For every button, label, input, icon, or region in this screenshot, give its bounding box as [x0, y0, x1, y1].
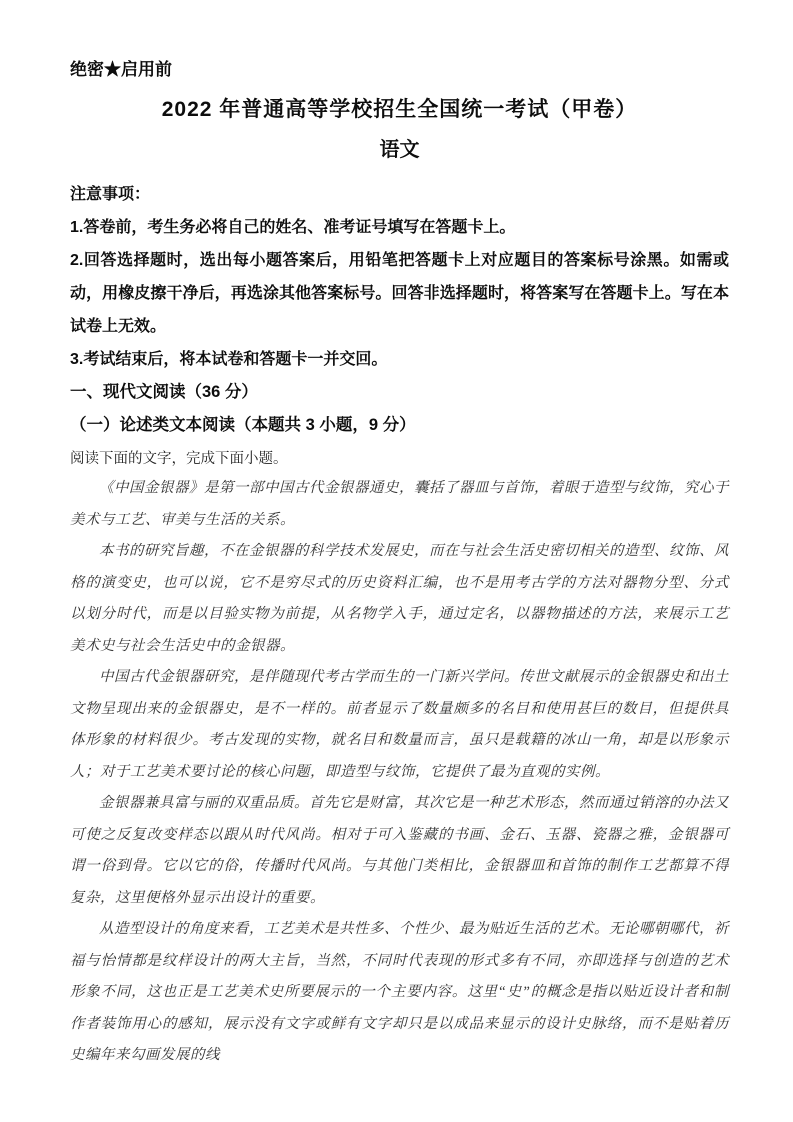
notice-item-2: 2.回答选择题时，选出每小题答案后，用铅笔把答题卡上对应题目的答案标号涂黑。如需…: [70, 244, 729, 343]
subsection-heading-discursive-text-reading: （一）论述类文本阅读（本题共 3 小题，9 分）: [70, 409, 729, 442]
exam-paper-page: 绝密★启用前 2022 年普通高等学校招生全国统一考试（甲卷） 语文 注意事项：…: [0, 0, 793, 1122]
page-content: 绝密★启用前 2022 年普通高等学校招生全国统一考试（甲卷） 语文 注意事项：…: [0, 0, 793, 1072]
subject-title: 语文: [70, 136, 729, 164]
section-heading-modern-text-reading: 一、现代文阅读（36 分）: [70, 376, 729, 409]
passage-paragraph-3: 中国古代金银器研究，是伴随现代考古学而生的一门新兴学问。传世文献展示的金银器史和…: [70, 662, 729, 788]
passage-paragraph-4: 金银器兼具富与丽的双重品质。首先它是财富，其次它是一种艺术形态，然而通过销溶的办…: [70, 788, 729, 914]
notice-item-3: 3.考试结束后，将本试卷和答题卡一并交回。: [70, 343, 729, 376]
notice-item-1: 1.答卷前，考生务必将自己的姓名、准考证号填写在答题卡上。: [70, 211, 729, 244]
secret-label: 绝密★启用前: [70, 58, 729, 82]
passage-paragraph-5: 从造型设计的角度来看，工艺美术是共性多、个性少、最为贴近生活的艺术。无论哪朝哪代…: [70, 914, 729, 1072]
notice-heading: 注意事项：: [70, 178, 729, 211]
reading-prompt: 阅读下面的文字，完成下面小题。: [70, 445, 729, 473]
passage-paragraph-1: 《中国金银器》是第一部中国古代金银器通史，囊括了器皿与首饰，着眼于造型与纹饰，究…: [70, 473, 729, 536]
exam-title: 2022 年普通高等学校招生全国统一考试（甲卷）: [70, 95, 729, 125]
passage-paragraph-2: 本书的研究旨趣，不在金银器的科学技术发展史，而在与社会生活史密切相关的造型、纹饰…: [70, 536, 729, 662]
